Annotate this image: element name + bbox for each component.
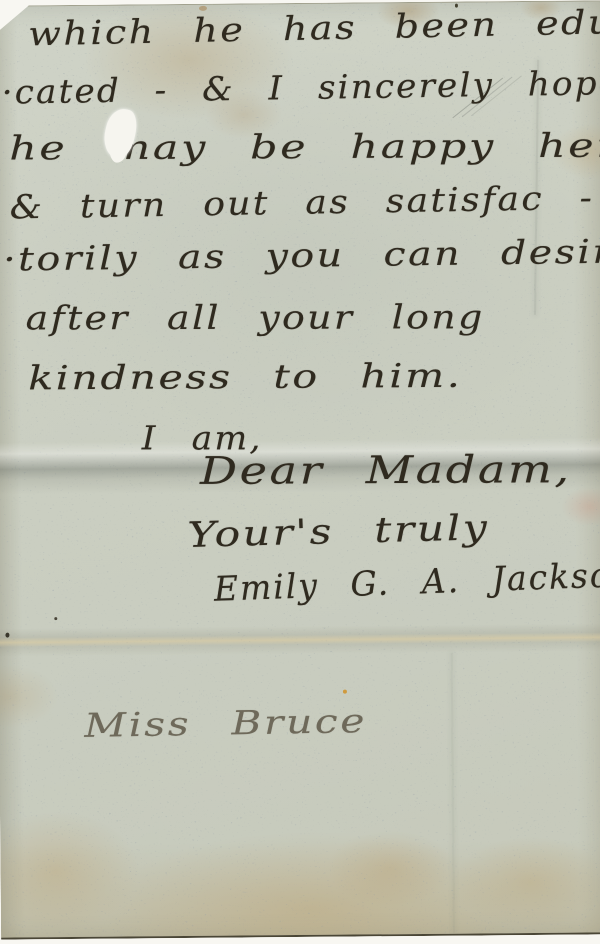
letter-body-line: kindness to him.	[28, 356, 462, 398]
letter-body-line: ·torily as you can desire	[3, 231, 600, 278]
ink-speck	[54, 617, 57, 620]
letter-scan: which he has been edu - ·cated - & I sin…	[0, 0, 600, 944]
addressee-line: Miss Bruce	[84, 701, 368, 745]
letter-body-line: ·cated - & I sincerely hope	[1, 63, 600, 112]
stain-speck	[199, 6, 207, 11]
salutation-line: Dear Madam,	[200, 447, 572, 493]
letter-body-line: which he has been edu -	[28, 1, 600, 53]
signature-line: Emily G. A. Jackson	[213, 555, 600, 610]
letter-body-line: after all your long	[26, 297, 485, 337]
letter-paper: which he has been edu - ·cated - & I sin…	[0, 0, 600, 939]
handwriting-layer: which he has been edu - ·cated - & I sin…	[0, 1, 600, 937]
ink-speck	[455, 4, 458, 8]
letter-body-line: he may be happy here,	[9, 125, 600, 167]
stain-speck	[343, 690, 347, 694]
ink-speck	[5, 633, 9, 638]
letter-body-line: & turn out as satisfac -	[9, 178, 594, 227]
valediction-line: Your's truly	[187, 508, 490, 556]
